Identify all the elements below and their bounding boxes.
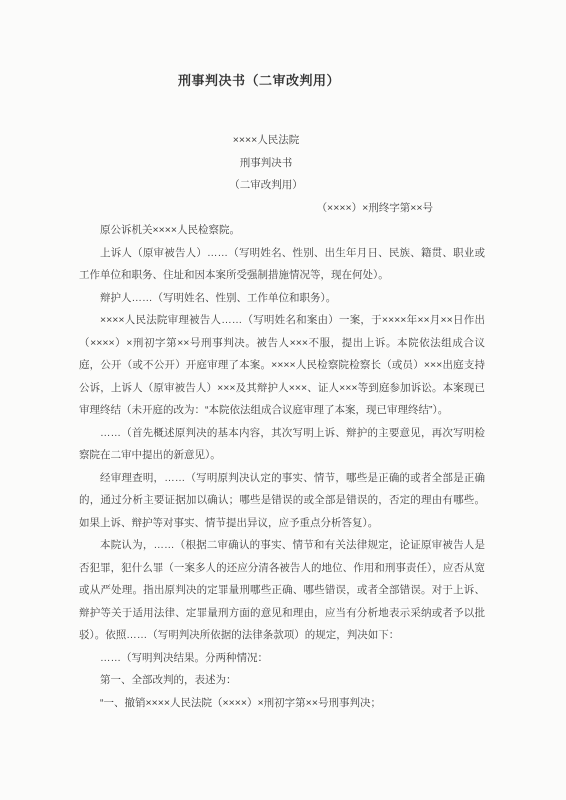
document-usage: （二审改判用） xyxy=(63,174,469,197)
document-type: 刑事判决书 xyxy=(63,152,469,175)
paragraph-revoke-original-judgment: “一、撤销××××人民法院（××××）×刑初字第××号刑事判决； xyxy=(79,692,485,715)
document-page: 刑事判决书（二审改判用） ××××人民法院 刑事判决书 （二审改判用） （×××… xyxy=(0,0,566,800)
paragraph-judgment-result: ……（写明判决结果。分两种情况： xyxy=(79,647,485,670)
paragraph-original-judgment-summary: ……（首先概述原判决的基本内容，其次写明上诉、辩护的主要意见，再次写明检察院在二… xyxy=(79,422,485,467)
document-header: ××××人民法院 刑事判决书 （二审改判用） （××××）×刑终字第××号 xyxy=(79,129,485,219)
paragraph-case-one-full-revision: 第一、全部改判的，表述为： xyxy=(79,669,485,692)
paragraph-case-history: ××××人民法院审理被告人……（写明姓名和案由）一案，于××××年××月××日作… xyxy=(79,309,485,422)
document-body: 原公诉机关××××人民检察院。 上诉人（原审被告人）……（写明姓名、性别、出生年… xyxy=(79,219,485,714)
paragraph-facts-found: 经审理查明，……（写明原判决认定的事实、情节，哪些是正确的或者全部是正确的，通过… xyxy=(79,467,485,535)
case-number: （××××）×刑终字第××号 xyxy=(79,197,485,220)
paragraph-appellant: 上诉人（原审被告人）……（写明姓名、性别、出生年月日、民族、籍贯、职业或工作单位… xyxy=(79,242,485,287)
page-title: 刑事判决书（二审改判用） xyxy=(0,70,542,89)
paragraph-prosecution-organ: 原公诉机关××××人民检察院。 xyxy=(79,219,485,242)
court-name: ××××人民法院 xyxy=(63,129,469,152)
paragraph-defender: 辩护人……（写明姓名、性别、工作单位和职务）。 xyxy=(79,287,485,310)
paragraph-court-opinion: 本院认为，……（根据二审确认的事实、情节和有关法律规定，论证原审被告人是否犯罪，… xyxy=(79,534,485,647)
